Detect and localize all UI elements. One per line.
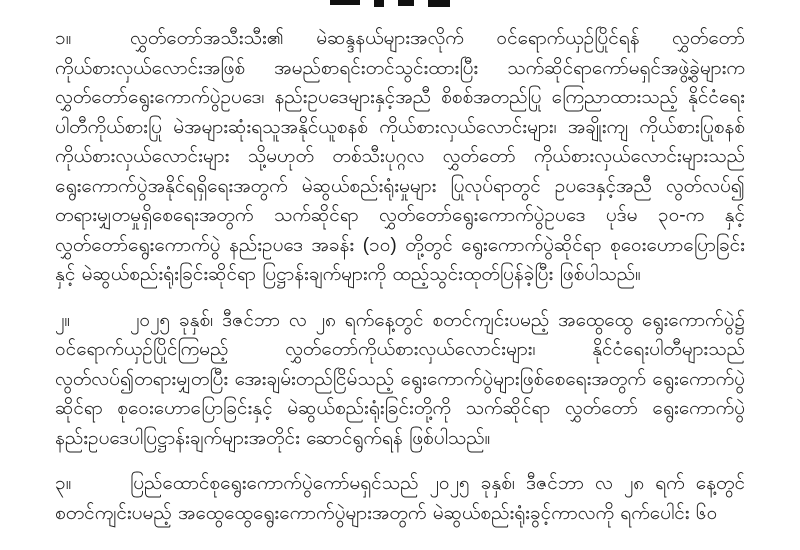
paragraph-3-number: ၃။	[55, 469, 130, 499]
document-page: ၁။လွှတ်တော်အသီးသီး၏ မဲဆန္ဒနယ်များအလိုက် …	[0, 0, 800, 550]
paragraph-2-text: ၂၀၂၅ ခုနှစ်၊ ဒီဇင်ဘာ လ ၂၈ ရက်နေ့တွင် စတင…	[55, 310, 745, 449]
heading-glyph-fragment	[330, 0, 360, 5]
paragraph-1-text: လွှတ်တော်အသီးသီး၏ မဲဆန္ဒနယ်များအလိုက် ဝင…	[55, 28, 745, 285]
paragraph-3: ၃။ပြည်ထောင်စုရွေးကောက်ပွဲကော်မရှင်သည် ၂၀…	[55, 469, 745, 528]
paragraph-1-number: ၁။	[55, 24, 130, 54]
heading-glyph-fragment	[428, 0, 450, 7]
document-body: ၁။လွှတ်တော်အသီးသီး၏ မဲဆန္ဒနယ်များအလိုက် …	[55, 24, 745, 544]
paragraph-3-text: ပြည်ထောင်စုရွေးကောက်ပွဲကော်မရှင်သည် ၂၀၂၅…	[55, 473, 745, 524]
paragraph-2-number: ၂။	[55, 306, 130, 336]
clipped-heading-fragment	[330, 0, 490, 7]
heading-glyph-fragment	[374, 0, 384, 7]
paragraph-2: ၂။၂၀၂၅ ခုနှစ်၊ ဒီဇင်ဘာ လ ၂၈ ရက်နေ့တွင် စ…	[55, 306, 745, 454]
paragraph-1: ၁။လွှတ်တော်အသီးသီး၏ မဲဆန္ဒနယ်များအလိုက် …	[55, 24, 745, 290]
heading-glyph-fragment	[398, 0, 414, 6]
